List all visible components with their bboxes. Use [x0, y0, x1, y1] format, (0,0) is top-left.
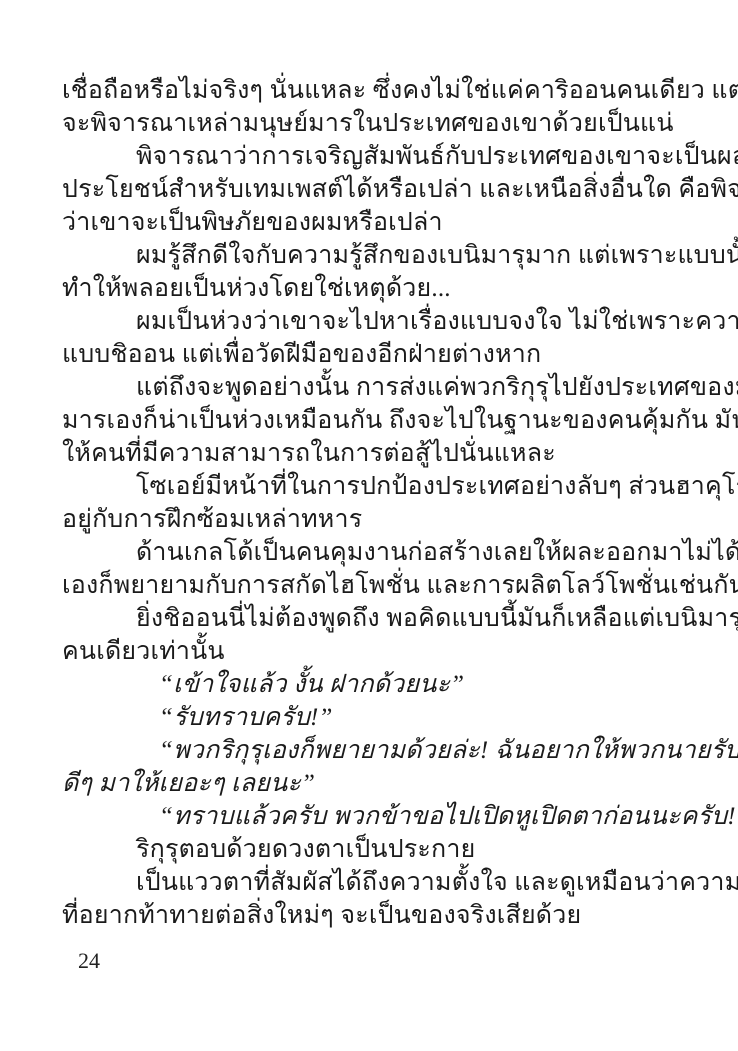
text-line: เชื่อถือหรือไม่จริงๆ นั่นแหละ ซึ่งคงไม่ใ… — [62, 74, 680, 107]
dialogue-line: “พวกริกุรุเองก็พยายามด้วยล่ะ! ฉันอยากให้… — [62, 734, 680, 767]
text-line: ว่าเขาจะเป็นพิษภัยของผมหรือเปล่า — [62, 206, 680, 239]
text-line: จะพิจารณาเหล่ามนุษย์มารในประเทศของเขาด้ว… — [62, 107, 680, 140]
dialogue-line: “เข้าใจแล้ว งั้น ฝากด้วยนะ” — [62, 668, 680, 701]
text-line: แบบชิออน แต่เพื่อวัดฝีมือของอีกฝ่ายต่างห… — [62, 338, 680, 371]
text-line: ประโยชน์สำหรับเทมเพสต์ได้หรือเปล่า และเห… — [62, 173, 680, 206]
text-block: เชื่อถือหรือไม่จริงๆ นั่นแหละ ซึ่งคงไม่ใ… — [62, 74, 680, 932]
text-line: ด้านเกลโด้เป็นคนคุมงานก่อสร้างเลยให้ผละอ… — [62, 536, 680, 569]
page-number: 24 — [78, 948, 100, 974]
text-line: แต่ถึงจะพูดอย่างนั้น การส่งแค่พวกริกุรุไ… — [62, 371, 680, 404]
text-line: อยู่กับการฝึกซ้อมเหล่าทหาร — [62, 503, 680, 536]
text-line: คนเดียวเท่านั้น — [62, 635, 680, 668]
text-line: โซเอย์มีหน้าที่ในการปกป้องประเทศอย่างลับ… — [62, 470, 680, 503]
text-line: พิจารณาว่าการเจริญสัมพันธ์กับประเทศของเข… — [62, 140, 680, 173]
text-line: ที่อยากท้าทายต่อสิ่งใหม่ๆ จะเป็นของจริงเ… — [62, 899, 680, 932]
text-line: เองก็พยายามกับการสกัดไฮโพชั่น และการผลิต… — [62, 569, 680, 602]
text-line: เป็นแววตาที่สัมผัสได้ถึงความตั้งใจ และดู… — [62, 866, 680, 899]
text-line: ริกุรุตอบด้วยดวงตาเป็นประกาย — [62, 833, 680, 866]
text-line: ทำให้พลอยเป็นห่วงโดยใช่เหตุด้วย... — [62, 272, 680, 305]
text-line: มารเองก็น่าเป็นห่วงเหมือนกัน ถึงจะไปในฐา… — [62, 404, 680, 437]
dialogue-line: ดีๆ มาให้เยอะๆ เลยนะ” — [62, 767, 680, 800]
text-line: ผมรู้สึกดีใจกับความรู้สึกของเบนิมารุมาก … — [62, 239, 680, 272]
text-line: ผมเป็นห่วงว่าเขาจะไปหาเรื่องแบบจงใจ ไม่ใ… — [62, 305, 680, 338]
text-line: ให้คนที่มีความสามารถในการต่อสู้ไปนั่นแหล… — [62, 437, 680, 470]
dialogue-line: “รับทราบครับ!” — [62, 701, 680, 734]
book-page: เชื่อถือหรือไม่จริงๆ นั่นแหละ ซึ่งคงไม่ใ… — [0, 0, 738, 1051]
dialogue-line: “ทราบแล้วครับ พวกข้าขอไปเปิดหูเปิดตาก่อน… — [62, 800, 680, 833]
text-line: ยิ่งชิออนนี่ไม่ต้องพูดถึง พอคิดแบบนี้มัน… — [62, 602, 680, 635]
